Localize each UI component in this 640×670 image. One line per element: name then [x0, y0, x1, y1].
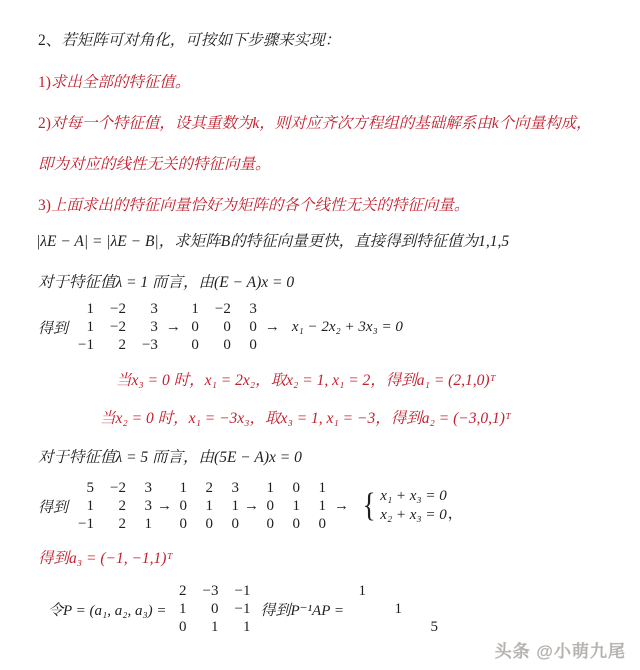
matrix-cell	[388, 582, 402, 600]
matrix-cell: −2	[110, 479, 126, 497]
solution-a3-line: 得到a₃ = (−1, −1,1)ᵀ	[38, 549, 172, 568]
matrix-5e-minus-a: 5−23123−121	[78, 479, 152, 533]
matrix-cell: 3	[229, 479, 239, 497]
equation-result-lambda1: x₁ − 2x₂ + 3x₃ = 0	[292, 319, 403, 336]
matrix-cell: −1	[235, 600, 251, 618]
matrix-cell: 2	[116, 497, 126, 515]
matrix-cell: 3	[247, 300, 257, 318]
equation-system-line1: x₁ + x₃ = 0	[380, 487, 447, 506]
matrix-cell	[352, 600, 366, 618]
matrix-cell: 0	[177, 497, 187, 515]
matrix-row-reduced-lambda1: 1−23000000	[189, 300, 257, 354]
matrix-cell: 0	[189, 336, 199, 354]
matrix-cell: 0	[247, 336, 257, 354]
step3-number: 3)	[38, 197, 51, 214]
matrix-cell: 1	[84, 300, 94, 318]
step3-line: 3)上面求出的特征向量恰好为矩阵的各个线性无关的特征向量。	[38, 196, 469, 215]
left-brace: {	[363, 489, 376, 523]
matrix-cell: 1	[177, 479, 187, 497]
eigenvalue5-intro-line: 对于特征值λ = 5 而言，由(5E − A)x = 0	[38, 448, 302, 467]
matrix-cell	[352, 618, 366, 636]
matrix-cell: 1	[352, 582, 366, 600]
step1-line: 1)求出全部的特征值。	[38, 73, 190, 92]
determinant-remark-line: |λE − A| = |λE − B|，求矩阵B的特征向量更快，直接得到特征值为…	[36, 232, 509, 251]
matrix-cell: 2	[177, 582, 187, 600]
matrix-cell: 1	[388, 600, 402, 618]
matrix-cell	[424, 582, 438, 600]
matrix-cell: 0	[316, 515, 326, 533]
arrow-icon: →	[157, 498, 172, 515]
arrow-icon: →	[166, 319, 181, 336]
step2-continuation-line: 即为对应的线性无关的特征向量。	[38, 155, 271, 174]
arrow-icon: →	[244, 498, 259, 515]
matrix-diagonal-result: 115	[352, 582, 438, 636]
equation-system-line2: x₂ + x₃ = 0	[380, 506, 447, 525]
equation-system-comma: ，	[448, 502, 463, 523]
matrix-cell: 1	[142, 515, 152, 533]
matrix-cell: 0	[203, 515, 213, 533]
step1-number: 1)	[38, 74, 51, 91]
matrix-cell: 2	[116, 336, 126, 354]
matrix-cell: 3	[148, 318, 158, 336]
diagonalization-block: 令P = (a₁, a₂, a₃) = 2−3−110−1011 得到P⁻¹AP…	[48, 582, 438, 636]
heading-text: 若矩阵可对角化，可按如下步骤来实现：	[61, 32, 340, 49]
matrix-row-reduced1-lambda5: 123011000	[177, 479, 239, 533]
matrix-cell: 5	[84, 479, 94, 497]
eigenvalue1-intro-line: 对于特征值λ = 1 而言，由(E − A)x = 0	[38, 273, 294, 292]
matrix-cell: 0	[229, 515, 239, 533]
step1-text: 求出全部的特征值。	[51, 74, 191, 91]
matrix-cell: 1	[84, 497, 94, 515]
document-page: 2、若矩阵可对角化，可按如下步骤来实现： 1)求出全部的特征值。 2)对每一个特…	[0, 0, 640, 670]
matrix-cell: 1	[264, 479, 274, 497]
step2-number: 2)	[38, 115, 51, 132]
matrix-cell: −2	[110, 318, 126, 336]
matrix-cell: 1	[177, 600, 187, 618]
matrix-cell	[424, 600, 438, 618]
matrix-cell: −3	[203, 582, 219, 600]
matrix-cell: 0	[221, 336, 231, 354]
matrix-cell: 0	[264, 497, 274, 515]
heading-line: 2、若矩阵可对角化，可按如下步骤来实现：	[38, 31, 340, 50]
matrix-cell: 1	[203, 497, 213, 515]
matrix-cell	[388, 618, 402, 636]
matrix-cell: 3	[142, 479, 152, 497]
matrix-cell: −2	[215, 300, 231, 318]
step3-text: 上面求出的特征向量恰好为矩阵的各个线性无关的特征向量。	[51, 197, 470, 214]
matrix-cell: 0	[221, 318, 231, 336]
matrix-cell: −1	[235, 582, 251, 600]
matrix-e-minus-a: 1−231−23−12−3	[78, 300, 158, 354]
matrix-cell: −1	[78, 515, 94, 533]
matrix-cell: 0	[189, 318, 199, 336]
matrix-cell: 0	[177, 515, 187, 533]
matrix-derivation-lambda1: 得到 1−231−23−12−3 → 1−23000000 → x₁ − 2x₂…	[38, 300, 403, 354]
matrix-cell: 0	[209, 600, 219, 618]
matrix-cell: 1	[209, 618, 219, 636]
matrix-cell: 0	[264, 515, 274, 533]
equation-system-lines: x₁ + x₃ = 0 x₂ + x₃ = 0	[380, 487, 447, 525]
matrix-cell: 0	[247, 318, 257, 336]
matrix-p: 2−3−110−1011	[177, 582, 251, 636]
matrix-cell: 1	[229, 497, 239, 515]
step2-text2: 即为对应的线性无关的特征向量。	[38, 156, 271, 173]
matrix-cell: −1	[78, 336, 94, 354]
p-inverse-ap-label: 得到P⁻¹AP =	[260, 599, 344, 620]
matrix-row-reduced2-lambda5: 101011000	[264, 479, 326, 533]
arrow-icon: →	[334, 498, 349, 515]
solution-a1-line: 当x₃ = 0 时，x₁ = 2x₂，取x₂ = 1, x₁ = 2，得到a₁ …	[116, 371, 495, 390]
dedao-label: 得到	[38, 496, 68, 517]
step2-text: 对每一个特征值，设其重数为k，则对应齐次方程组的基础解系由k个向量构成，	[51, 115, 592, 132]
step2-line: 2)对每一个特征值，设其重数为k，则对应齐次方程组的基础解系由k个向量构成，	[38, 114, 592, 133]
matrix-cell: 3	[148, 300, 158, 318]
matrix-cell: 0	[290, 479, 300, 497]
arrow-icon: →	[265, 319, 280, 336]
matrix-cell: 1	[316, 479, 326, 497]
matrix-cell: 0	[290, 515, 300, 533]
dedao-label: 得到	[38, 317, 68, 338]
equation-system: { x₁ + x₃ = 0 x₂ + x₃ = 0 ，	[361, 487, 463, 525]
matrix-cell: −3	[142, 336, 158, 354]
matrix-cell: 1	[189, 300, 199, 318]
matrix-cell: 1	[316, 497, 326, 515]
p-definition-label: 令P = (a₁, a₂, a₃) =	[48, 599, 167, 620]
matrix-cell: −2	[110, 300, 126, 318]
heading-number: 2、	[38, 32, 61, 49]
matrix-cell: 5	[424, 618, 438, 636]
matrix-cell: 1	[84, 318, 94, 336]
solution-a2-line: 当x₂ = 0 时，x₁ = −3x₃，取x₃ = 1, x₁ = −3，得到a…	[100, 409, 511, 428]
matrix-cell: 0	[177, 618, 187, 636]
matrix-cell: 1	[290, 497, 300, 515]
matrix-cell: 2	[203, 479, 213, 497]
matrix-cell: 2	[116, 515, 126, 533]
watermark-toutiao: 头条 @小萌九尾	[495, 637, 626, 662]
matrix-cell: 1	[240, 618, 250, 636]
matrix-cell: 3	[142, 497, 152, 515]
matrix-derivation-lambda5: 得到 5−23123−121 → 123011000 → 101011000 →…	[38, 479, 463, 533]
